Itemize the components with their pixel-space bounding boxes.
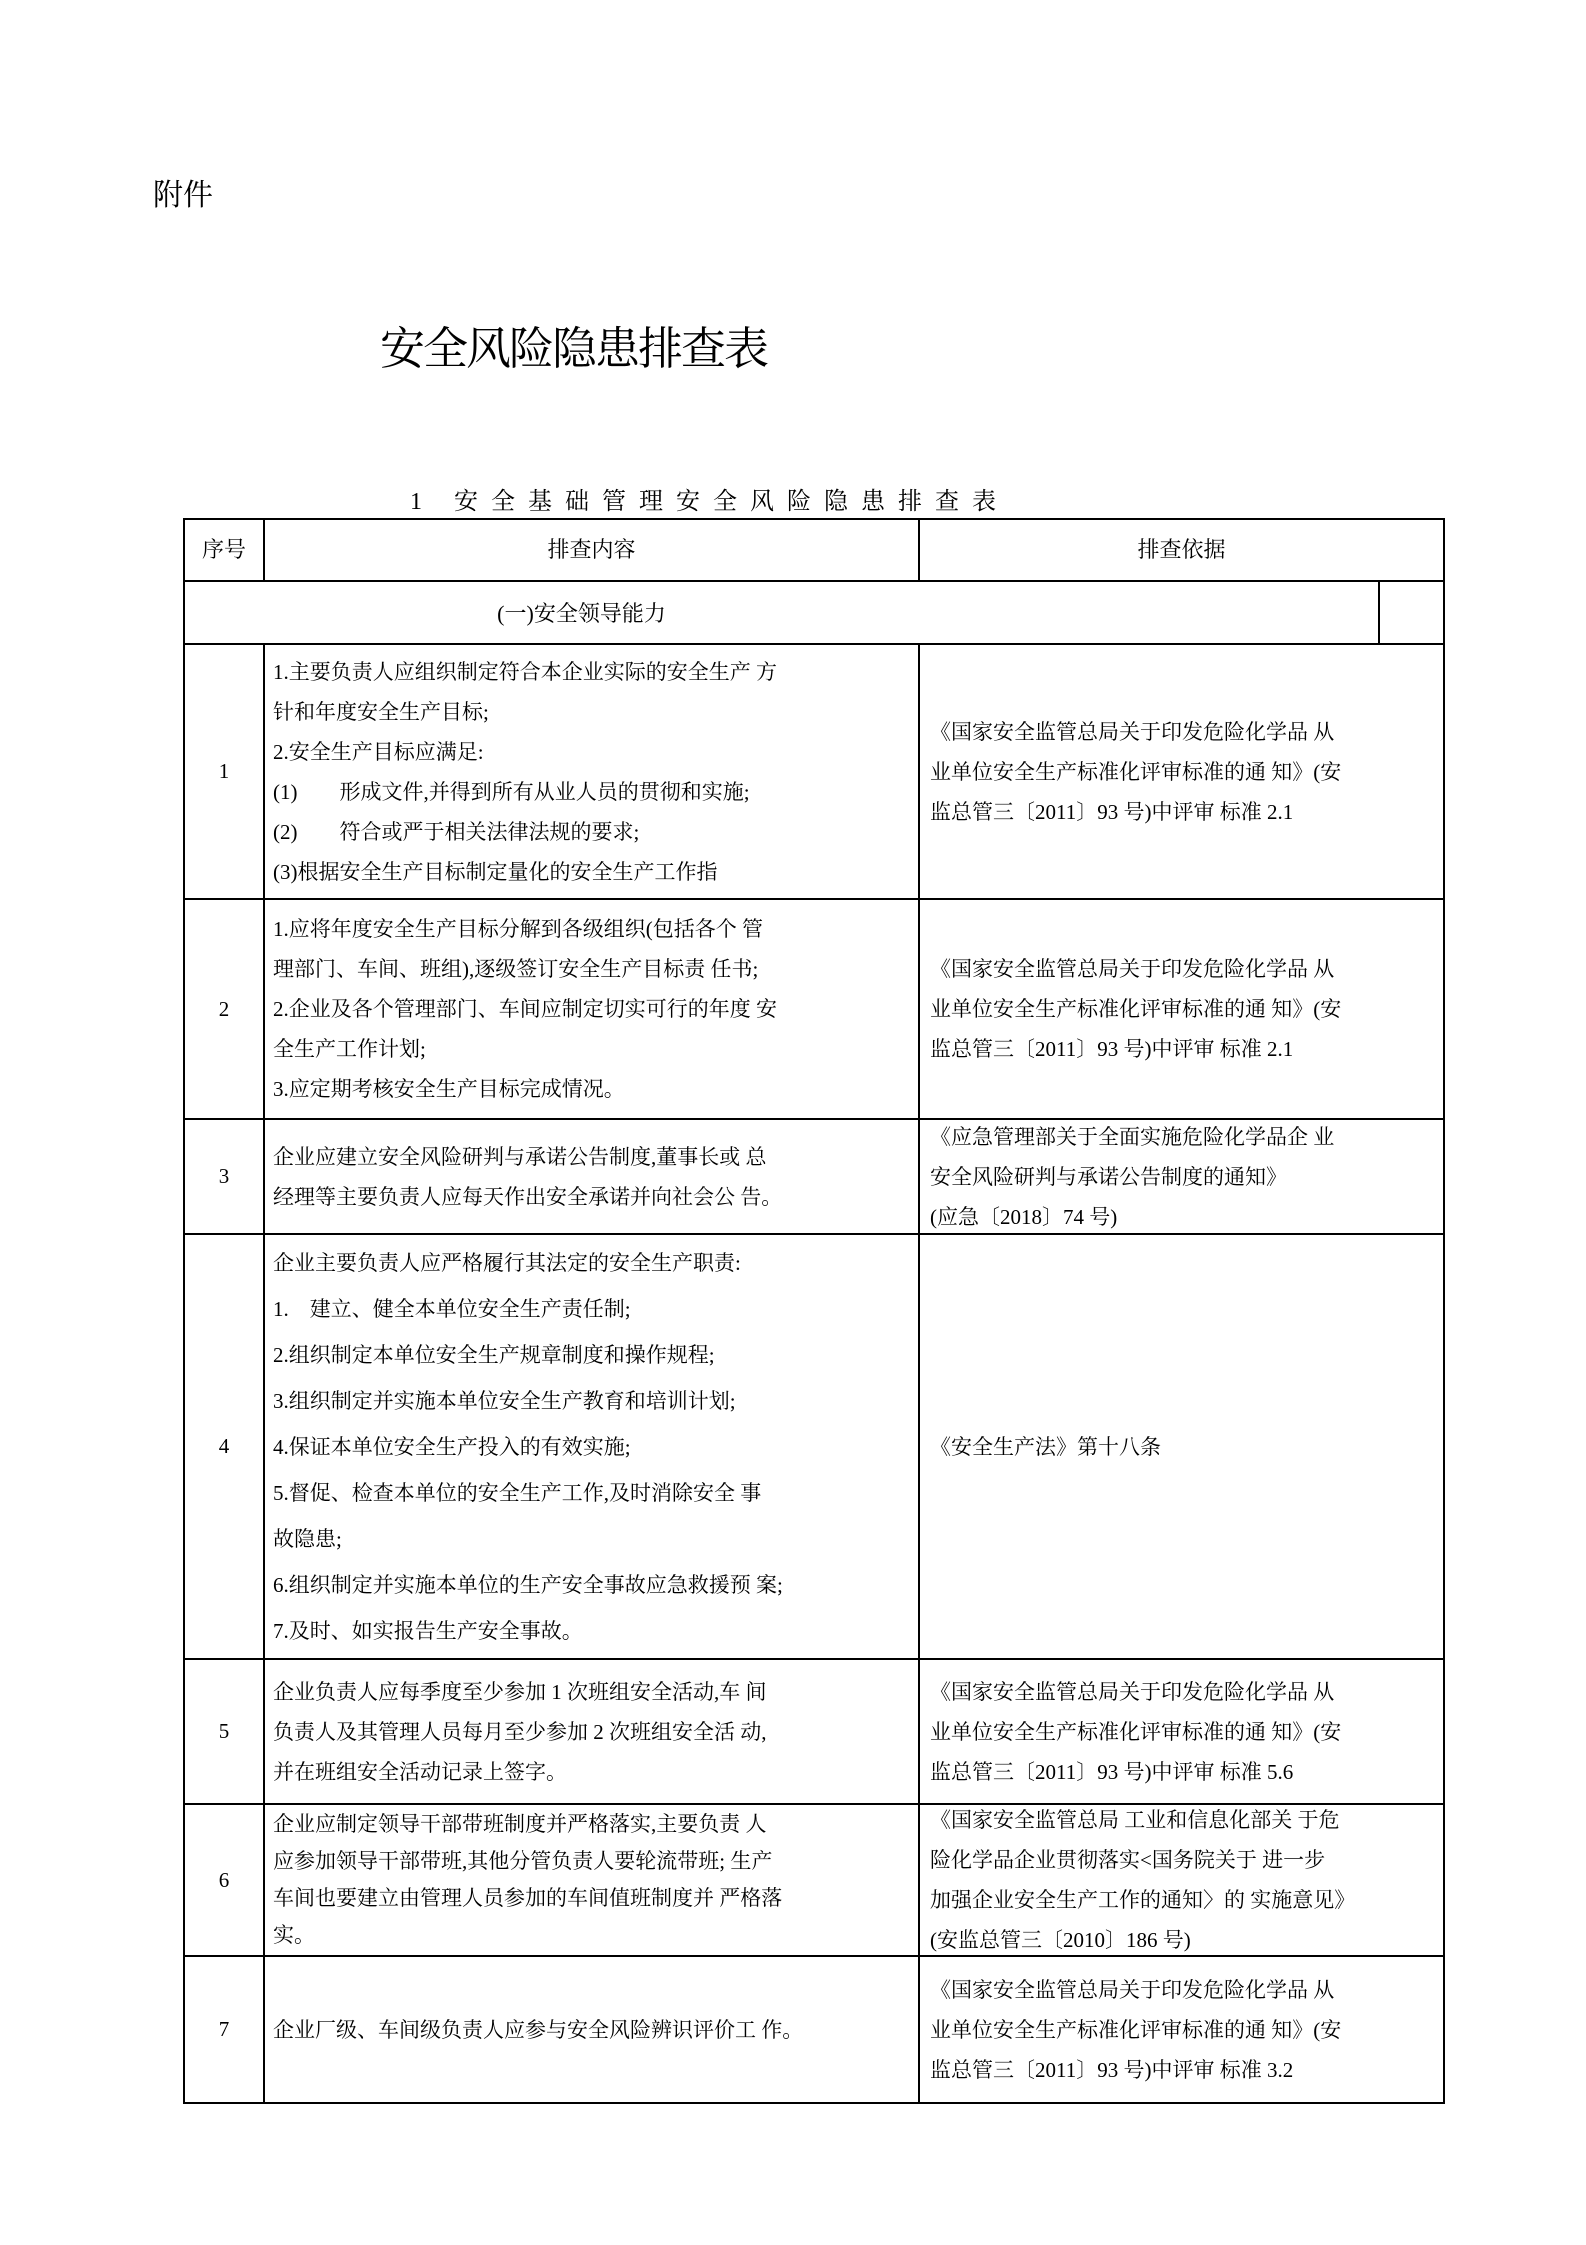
row-basis: 《国家安全监管总局关于印发危险化学品 从 业单位安全生产标准化评审标准的通 知》… [920,900,1443,1118]
row-content: 企业厂级、车间级负责人应参与安全风险辨识评价工 作。 [265,1957,920,2102]
document-page: 附件 安全风险隐患排查表 1 安全基础管理安全风险隐患排查表 序号 排查内容 排… [0,0,1586,2245]
table-row: 1 1.主要负责人应组织制定符合本企业实际的安全生产 方 针和年度安全生产目标;… [185,645,1443,900]
inspection-table: 序号 排查内容 排查依据 (一)安全领导能力 1 1.主要负责人应组织制定符合本… [183,518,1445,2104]
section-stub-cell [1380,582,1443,643]
row-number: 5 [185,1660,265,1803]
row-content: 企业主要负责人应严格履行其法定的安全生产职责: 1. 建立、健全本单位安全生产责… [265,1235,920,1658]
section-row: (一)安全领导能力 [185,582,1443,645]
table-header-row: 序号 排查内容 排查依据 [185,520,1443,582]
table-row: 6 企业应制定领导干部带班制度并严格落实,主要负责 人 应参加领导干部带班,其他… [185,1805,1443,1957]
col-header-no: 序号 [185,520,265,580]
row-number: 4 [185,1235,265,1658]
row-basis: 《应急管理部关于全面实施危险化学品企 业 安全风险研判与承诺公告制度的通知》 (… [920,1120,1443,1233]
table-caption: 1 安全基础管理安全风险隐患排查表 [410,481,1009,516]
row-content: 企业应制定领导干部带班制度并严格落实,主要负责 人 应参加领导干部带班,其他分管… [265,1805,920,1955]
section-title: (一)安全领导能力 [185,582,1380,643]
row-content: 1.应将年度安全生产目标分解到各级组织(包括各个 管 理部门、车间、班组),逐级… [265,900,920,1118]
row-number: 3 [185,1120,265,1233]
row-basis: 《国家安全监管总局关于印发危险化学品 从 业单位安全生产标准化评审标准的通 知》… [920,1660,1443,1803]
row-basis: 《国家安全监管总局 工业和信息化部关 于危 险化学品企业贯彻落实<国务院关于 进… [920,1805,1443,1955]
row-content: 企业负责人应每季度至少参加 1 次班组安全活动,车 间 负责人及其管理人员每月至… [265,1660,920,1803]
row-basis: 《国家安全监管总局关于印发危险化学品 从 业单位安全生产标准化评审标准的通 知》… [920,1957,1443,2102]
col-header-basis: 排查依据 [920,520,1443,580]
row-basis: 《安全生产法》第十八条 [920,1235,1443,1658]
row-number: 2 [185,900,265,1118]
row-basis: 《国家安全监管总局关于印发危险化学品 从 业单位安全生产标准化评审标准的通 知》… [920,645,1443,898]
page-title: 安全风险隐患排查表 [380,312,767,377]
table-row: 5 企业负责人应每季度至少参加 1 次班组安全活动,车 间 负责人及其管理人员每… [185,1660,1443,1805]
table-row: 3 企业应建立安全风险研判与承诺公告制度,董事长或 总 经理等主要负责人应每天作… [185,1120,1443,1235]
row-number: 7 [185,1957,265,2102]
row-number: 6 [185,1805,265,1955]
row-content: 1.主要负责人应组织制定符合本企业实际的安全生产 方 针和年度安全生产目标; 2… [265,645,920,898]
table-row: 7 企业厂级、车间级负责人应参与安全风险辨识评价工 作。 《国家安全监管总局关于… [185,1957,1443,2102]
col-header-content: 排查内容 [265,520,920,580]
table-row: 4 企业主要负责人应严格履行其法定的安全生产职责: 1. 建立、健全本单位安全生… [185,1235,1443,1660]
row-number: 1 [185,645,265,898]
table-row: 2 1.应将年度安全生产目标分解到各级组织(包括各个 管 理部门、车间、班组),… [185,900,1443,1120]
attachment-label: 附件 [153,170,213,214]
row-content: 企业应建立安全风险研判与承诺公告制度,董事长或 总 经理等主要负责人应每天作出安… [265,1120,920,1233]
